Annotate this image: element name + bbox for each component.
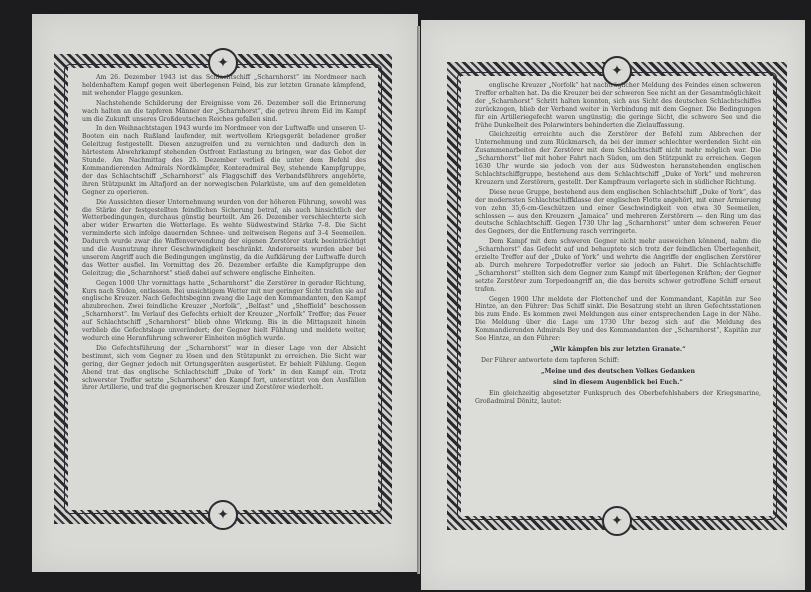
paragraph: englische Kreuzer „Norfolk“ hat nachträg…	[475, 82, 761, 129]
decorative-border-left: ✦ ✦ Am 26. Dezember 1943 ist das Schlach…	[54, 54, 392, 524]
ornament-icon: ✦	[602, 506, 632, 536]
paragraph: Nachstehende Schilderung der Ereignisse …	[82, 100, 366, 124]
decorative-border-right: ✦ ✦ englische Kreuzer „Norfolk“ hat nach…	[447, 62, 787, 530]
paragraph: Gegen 1900 Uhr meldete der Flottenchef u…	[475, 296, 761, 343]
paragraph: Die Gefechtsführung der „Scharnhorst“ wa…	[82, 345, 366, 392]
quote-reply-line-2: sind in diesem Augenblick bei Euch.“	[475, 379, 761, 387]
quote-reply-line-1: „Meine und des deutschen Volkes Gedanken	[475, 368, 761, 376]
page-fold	[417, 26, 420, 574]
reply-intro: Der Führer antwortete dem tapferen Schif…	[481, 357, 761, 365]
paragraph: Die Aussichten dieser Unternehmung wurde…	[82, 199, 366, 278]
paragraph: Am 26. Dezember 1943 ist das Schlachtsch…	[82, 74, 366, 98]
paragraph: Gleichzeitig erreichte auch die Zerstöre…	[475, 131, 761, 186]
left-page: ✦ ✦ Am 26. Dezember 1943 ist das Schlach…	[32, 14, 418, 572]
paragraph: Dem Kampf mit dem schweren Gegner nicht …	[475, 238, 761, 293]
quote-last-stand: „Wir kämpfen bis zur letzten Granate.“	[475, 346, 761, 354]
paragraph: Gegen 1000 Uhr vormittags hatte „Scharnh…	[82, 280, 366, 343]
right-page-text: englische Kreuzer „Norfolk“ hat nachträg…	[475, 82, 761, 508]
right-page: ✦ ✦ englische Kreuzer „Norfolk“ hat nach…	[421, 20, 805, 590]
paragraph: Diese neue Gruppe, bestehend aus dem eng…	[475, 189, 761, 236]
closing-paragraph: Ein gleichzeitig abgesetzter Funkspruch …	[475, 390, 761, 406]
left-page-text: Am 26. Dezember 1943 ist das Schlachtsch…	[82, 74, 366, 502]
paragraph: In den Weihnachtstagen 1943 wurde im Nor…	[82, 125, 366, 196]
ornament-icon: ✦	[208, 500, 238, 530]
